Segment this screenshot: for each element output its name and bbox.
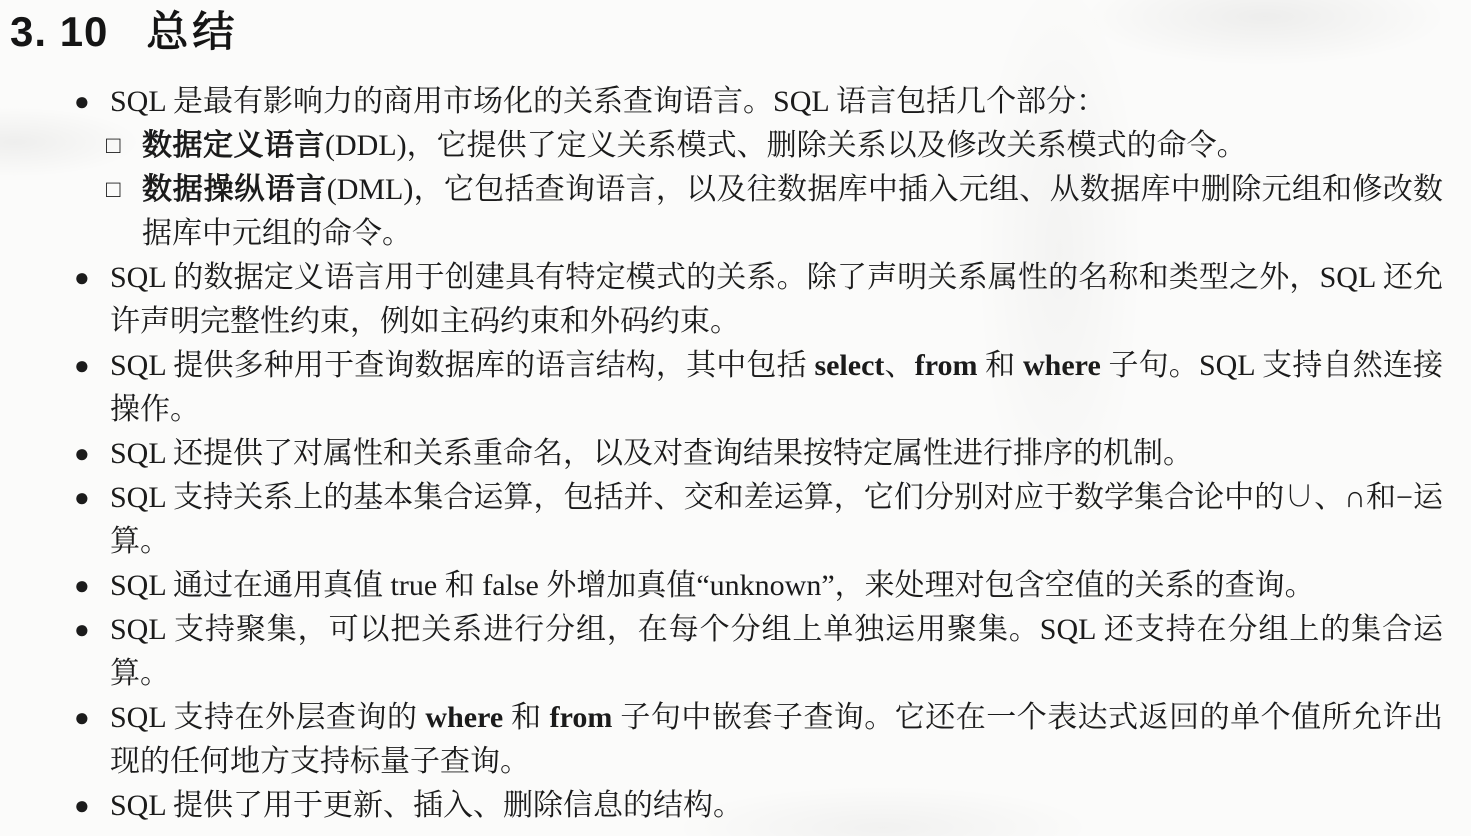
text-run: SQL 支持关系上的基本集合运算，包括并、交和差运算，它们分别对应于数学集合论中… <box>110 481 1443 558</box>
list-item: ●SQL 还提供了对属性和关系重命名，以及对查询结果按特定属性进行排序的机制。 <box>70 432 1443 476</box>
round-bullet-icon: ● <box>70 784 110 828</box>
list-item-text: SQL 是最有影响力的商用市场化的关系查询语言。SQL 语言包括几个部分： <box>110 80 1443 124</box>
text-run: SQL 是最有影响力的商用市场化的关系查询语言。SQL 语言包括几个部分： <box>110 85 1106 118</box>
list-item: ●SQL 通过在通用真值 true 和 false 外增加真值“unknown”… <box>70 564 1443 608</box>
list-item-text: 数据操纵语言(DML)，它包括查询语言，以及往数据库中插入元组、从数据库中删除元… <box>142 168 1443 256</box>
square-bullet-icon: □ <box>106 124 142 168</box>
text-run: SQL 还提供了对属性和关系重命名，以及对查询结果按特定属性进行排序的机制。 <box>110 437 1193 470</box>
list-item-text: SQL 提供多种用于查询数据库的语言结构，其中包括 select、from 和 … <box>110 344 1443 432</box>
list-item: ●SQL 提供多种用于查询数据库的语言结构，其中包括 select、from 和… <box>70 344 1443 432</box>
list-item-text: SQL 支持在外层查询的 where 和 from 子句中嵌套子查询。它还在一个… <box>110 696 1443 784</box>
text-run: 、 <box>884 349 914 382</box>
bold-term: 数据操纵语言 <box>142 173 327 206</box>
text-run: SQL 支持在外层查询的 <box>110 701 425 734</box>
text-run: SQL 通过在通用真值 true 和 false 外增加真值“unknown”，… <box>110 569 1315 602</box>
list-item-text: SQL 提供了用于更新、插入、删除信息的结构。 <box>110 784 1443 828</box>
bold-term: 数据定义语言 <box>142 129 325 162</box>
square-bullet-icon: □ <box>106 168 142 212</box>
summary-list: ●SQL 是最有影响力的商用市场化的关系查询语言。SQL 语言包括几个部分：□数… <box>10 80 1443 828</box>
section-heading: 3. 10 总结 <box>10 6 1443 58</box>
list-item-text: 数据定义语言(DDL)，它提供了定义关系模式、删除关系以及修改关系模式的命令。 <box>142 124 1443 168</box>
list-item: ●SQL 支持在外层查询的 where 和 from 子句中嵌套子查询。它还在一… <box>70 696 1443 784</box>
text-run: (DDL)，它提供了定义关系模式、删除关系以及修改关系模式的命令。 <box>325 129 1247 162</box>
text-run: SQL 支持聚集，可以把关系进行分组，在每个分组上单独运用聚集。SQL 还支持在… <box>110 613 1443 690</box>
round-bullet-icon: ● <box>70 80 110 124</box>
list-item: ●SQL 支持关系上的基本集合运算，包括并、交和差运算，它们分别对应于数学集合论… <box>70 476 1443 564</box>
bold-term: select <box>814 349 884 382</box>
book-page: 3. 10 总结 ●SQL 是最有影响力的商用市场化的关系查询语言。SQL 语言… <box>0 0 1471 836</box>
text-run: 和 <box>978 349 1024 382</box>
sub-list-item: □数据定义语言(DDL)，它提供了定义关系模式、删除关系以及修改关系模式的命令。 <box>106 124 1443 168</box>
section-title: 总结 <box>146 6 238 58</box>
text-run: 和 <box>503 701 549 734</box>
list-item-text: SQL 还提供了对属性和关系重命名，以及对查询结果按特定属性进行排序的机制。 <box>110 432 1443 476</box>
bold-term: where <box>425 701 503 734</box>
bold-term: from <box>550 701 613 734</box>
list-item: ●SQL 支持聚集，可以把关系进行分组，在每个分组上单独运用聚集。SQL 还支持… <box>70 608 1443 696</box>
round-bullet-icon: ● <box>70 564 110 608</box>
list-item: ●SQL 是最有影响力的商用市场化的关系查询语言。SQL 语言包括几个部分： <box>70 80 1443 124</box>
sub-list-item: □数据操纵语言(DML)，它包括查询语言，以及往数据库中插入元组、从数据库中删除… <box>106 168 1443 256</box>
bold-term: where <box>1023 349 1101 382</box>
text-run: SQL 提供多种用于查询数据库的语言结构，其中包括 <box>110 349 814 382</box>
list-item: ●SQL 提供了用于更新、插入、删除信息的结构。 <box>70 784 1443 828</box>
list-item: ●SQL 的数据定义语言用于创建具有特定模式的关系。除了声明关系属性的名称和类型… <box>70 256 1443 344</box>
list-item-text: SQL 的数据定义语言用于创建具有特定模式的关系。除了声明关系属性的名称和类型之… <box>110 256 1443 344</box>
list-item-text: SQL 支持聚集，可以把关系进行分组，在每个分组上单独运用聚集。SQL 还支持在… <box>110 608 1443 696</box>
round-bullet-icon: ● <box>70 256 110 300</box>
text-run: SQL 的数据定义语言用于创建具有特定模式的关系。除了声明关系属性的名称和类型之… <box>110 261 1443 338</box>
section-number: 3. 10 <box>10 6 108 58</box>
round-bullet-icon: ● <box>70 608 110 652</box>
round-bullet-icon: ● <box>70 696 110 740</box>
bold-term: from <box>915 349 978 382</box>
round-bullet-icon: ● <box>70 476 110 520</box>
text-run: SQL 提供了用于更新、插入、删除信息的结构。 <box>110 789 743 822</box>
round-bullet-icon: ● <box>70 344 110 388</box>
round-bullet-icon: ● <box>70 432 110 476</box>
text-run: (DML)，它包括查询语言，以及往数据库中插入元组、从数据库中删除元组和修改数据… <box>142 173 1443 250</box>
list-item-text: SQL 支持关系上的基本集合运算，包括并、交和差运算，它们分别对应于数学集合论中… <box>110 476 1443 564</box>
list-item-text: SQL 通过在通用真值 true 和 false 外增加真值“unknown”，… <box>110 564 1443 608</box>
